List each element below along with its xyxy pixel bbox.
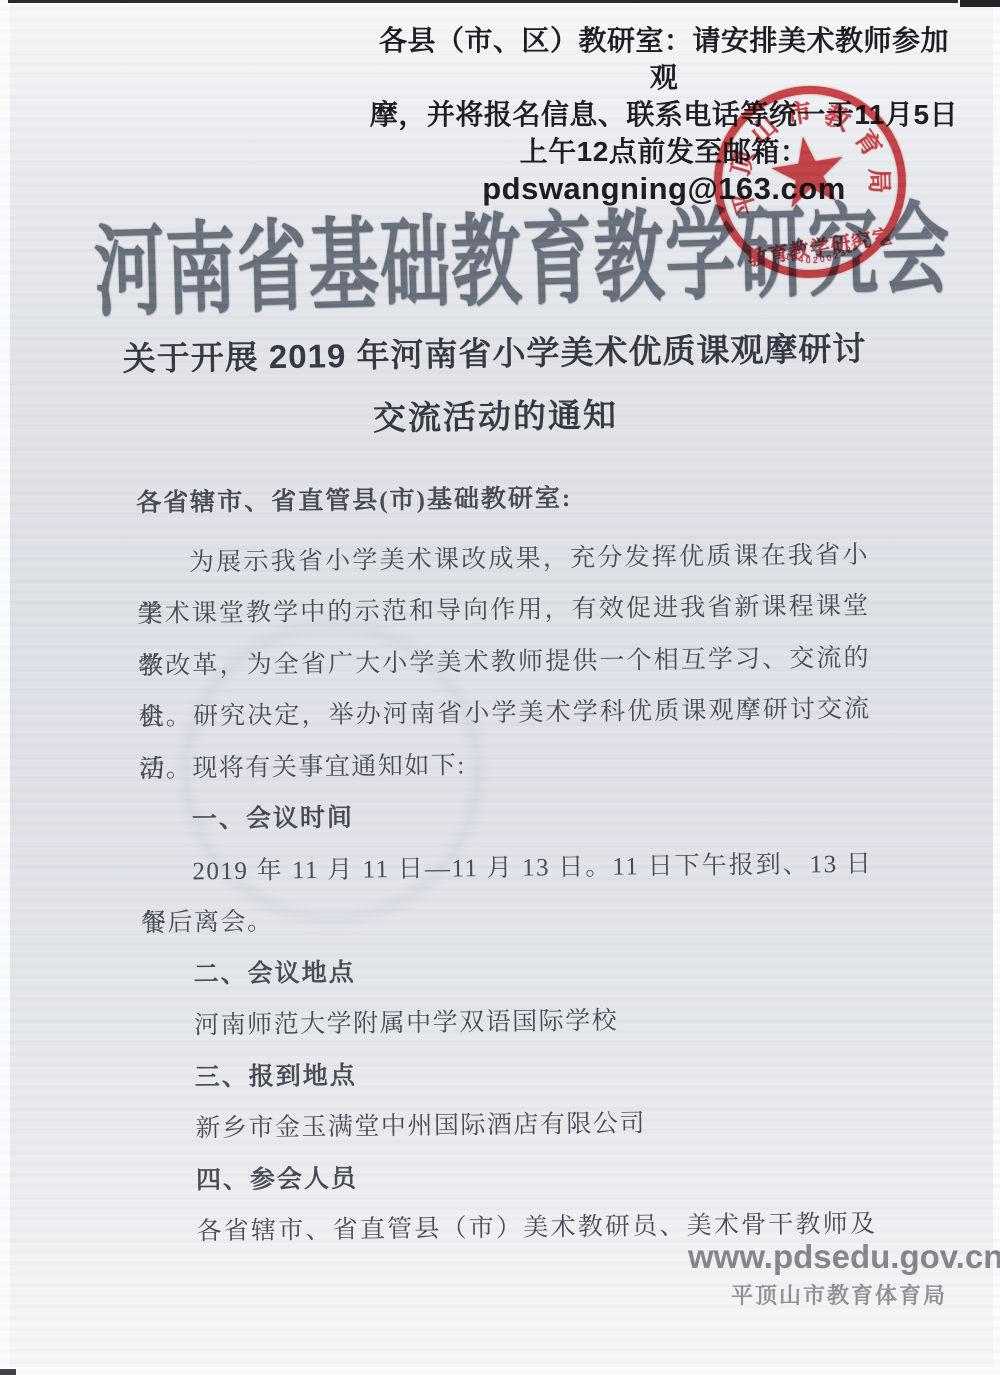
- body-line: 学改革，为全省广大小学美术教师提供一个相互学习、交流的机: [138, 632, 871, 692]
- body-line: 新乡市金玉满堂中州国际酒店有限公司: [143, 1096, 876, 1156]
- scan-corner-mark: [960, 0, 1000, 7]
- body-line: 餐后离会。: [141, 890, 874, 950]
- body-line: 为展示我省小学美术课改成果，充分发挥优质课在我省小学: [137, 529, 870, 589]
- scanned-notice-page: 各县（市、区）教研室：请安排美术教师参加观 摩，并将报名信息、联系电话等统一于1…: [0, 0, 1000, 1375]
- notice-body: 各省辖市、省直管县(市)基础教研室: 为展示我省小学美术课改成果，充分发挥优质课…: [136, 470, 877, 1259]
- section-heading-4: 四、参会人员: [144, 1147, 877, 1207]
- watermark-url: www.pdsedu.gov.cn: [688, 1238, 990, 1276]
- scan-edge-left: [0, 0, 10, 1375]
- body-line: 河南师范大学附属中学双语国际学校: [142, 993, 875, 1053]
- body-line: 2019 年 11 月 11 日—11 月 13 日。11 日下午报到、13 日…: [140, 838, 873, 898]
- scan-speck: [0, 1369, 16, 1375]
- site-watermark: www.pdsedu.gov.cn 平顶山市教育体育局: [688, 1238, 990, 1310]
- body-line: 动。现将有关事宜通知如下:: [139, 735, 872, 795]
- salutation: 各省辖市、省直管县(市)基础教研室:: [136, 470, 869, 530]
- seal-serial-digit: 2: [812, 255, 818, 265]
- scan-edge-bottom: [0, 1367, 1000, 1375]
- watermark-org: 平顶山市教育体育局: [688, 1279, 990, 1310]
- body-line: 会。研究决定，举办河南省小学美术学科优质课观摩研讨交流活: [138, 684, 871, 744]
- body-line: 美术课堂教学中的示范和导向作用，有效促进我省新课程课堂教: [137, 581, 870, 641]
- document-title-line-1: 关于开展 2019 年河南省小学美术优质课观摩研讨: [99, 328, 889, 379]
- document-title: 关于开展 2019 年河南省小学美术优质课观摩研讨 交流活动的通知: [99, 328, 890, 442]
- official-seal: 平顶山市教育局 ★ 教育教学研究室 4104020023231: [700, 72, 920, 292]
- scan-border-top: [8, 0, 958, 3]
- section-heading-3: 三、报到地点: [143, 1044, 876, 1104]
- document-title-line-2: 交流活动的通知: [100, 391, 890, 442]
- section-heading-2: 二、会议地点: [141, 941, 874, 1001]
- seal-serial-digit: 0: [806, 255, 811, 265]
- section-heading-1: 一、会议时间: [140, 787, 873, 847]
- scan-edge-right: [993, 0, 1000, 1375]
